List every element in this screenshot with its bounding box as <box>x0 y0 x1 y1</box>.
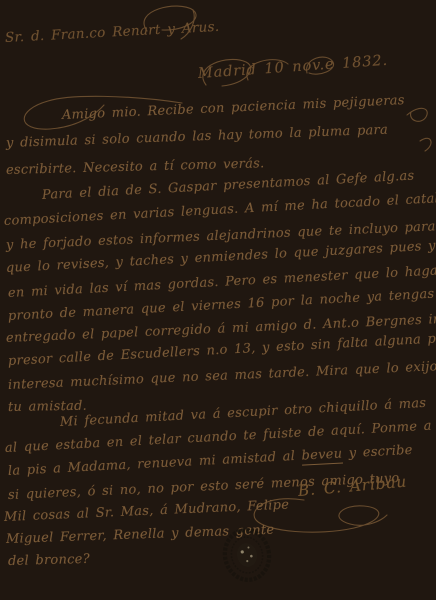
letter-line: tu amistad. <box>8 399 87 415</box>
letter-line: del bronce? <box>8 552 90 569</box>
manuscript-letter-scan: Sr. d. Fran.co Renart y Arus. Madrid 10 … <box>0 0 436 600</box>
circular-ink-stamp <box>222 527 272 583</box>
underlined-word: beveu <box>301 446 343 465</box>
stamp-rings <box>222 527 272 583</box>
